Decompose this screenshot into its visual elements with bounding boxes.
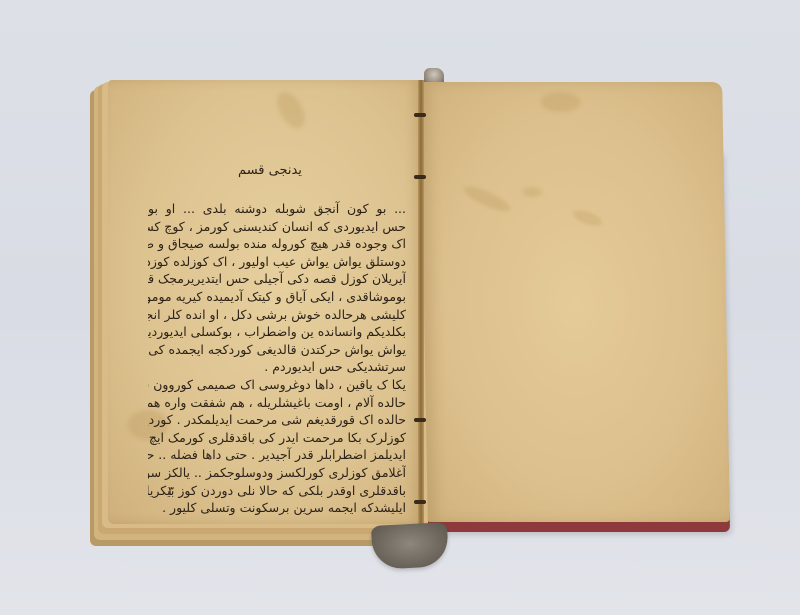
text-line: یکا ک یاقین ، داها دوغروسی اک صمیمی کورو… <box>148 376 406 394</box>
text-line: بوموشاقدی ، ایکی آیاق و کیتک آدیمیده کیر… <box>148 288 406 306</box>
photo-scene: یدنجی قسم ... بو کون آنجق شوبله دوشنه بل… <box>0 0 800 615</box>
page-number: ٣ <box>168 484 174 497</box>
text-line: ... بو کون آنجق شوبله دوشنه بلدی ... او … <box>148 200 406 218</box>
text-line: ایدیلمز اضطرابلر قدر آجیدیر . حتی داها ف… <box>148 446 406 464</box>
text-line: آیریلان کوزل قصه دکی آجیلی حس ایتدیریرمج… <box>148 270 406 288</box>
chapter-heading: یدنجی قسم <box>230 163 310 178</box>
book-gutter <box>418 80 424 526</box>
binding-stitch <box>414 113 426 117</box>
page-stain <box>571 207 603 229</box>
binding-stitch <box>414 500 426 504</box>
right-page <box>420 82 730 522</box>
text-line: حس ایدیوردی که انسان کندیسنی کورمز ، کوچ… <box>148 218 406 236</box>
text-line: یواش یواش حرکتدن قالدیغی کوردکجه ایجمده … <box>148 341 406 359</box>
page-stain <box>522 187 542 197</box>
binding-stitch <box>414 418 426 422</box>
text-line: اک وجوده قدر هیچ کوروله منده بولسه صیجاق… <box>148 235 406 253</box>
bookmark-tassel-bottom <box>371 522 449 570</box>
text-line: حالده اک قورقدیغم شی مرحمت ایدیلمکدر . ک… <box>148 411 406 429</box>
page-stain <box>462 182 513 216</box>
text-line: حالده آلام ، اومت باغیشلریله ، هم شفقت و… <box>148 394 406 412</box>
text-line: سرتشدیکی حس ایدیوردم . <box>148 358 406 376</box>
text-line: آغلامق کوزلری کورلکسز ودوسلوجکمز .. یالک… <box>148 464 406 482</box>
text-line: دوستلق یواش یواش عیب اولیور ، اک کوزلده … <box>148 253 406 271</box>
binding-stitch <box>414 175 426 179</box>
page-stain <box>271 87 310 133</box>
text-line: کوزلرک بکا مرحمت ایدر کی باقدقلری کورمک … <box>148 429 406 447</box>
text-line: ایلیشدکه ایجمه سرین برسکونت وتسلی کلیور … <box>148 499 406 517</box>
page-stain <box>540 92 580 112</box>
text-line: کلیشی هرحالده خوش برشی دکل ، او انده کلر… <box>148 306 406 324</box>
text-line: بکلدیکم وانسانده ین واضطراب ، بوکسلی اید… <box>148 323 406 341</box>
text-line: باقدقلری اوقدر بلکی که حالا نلی دوردن کو… <box>148 482 406 500</box>
body-text: ... بو کون آنجق شوبله دوشنه بلدی ... او … <box>148 200 406 517</box>
